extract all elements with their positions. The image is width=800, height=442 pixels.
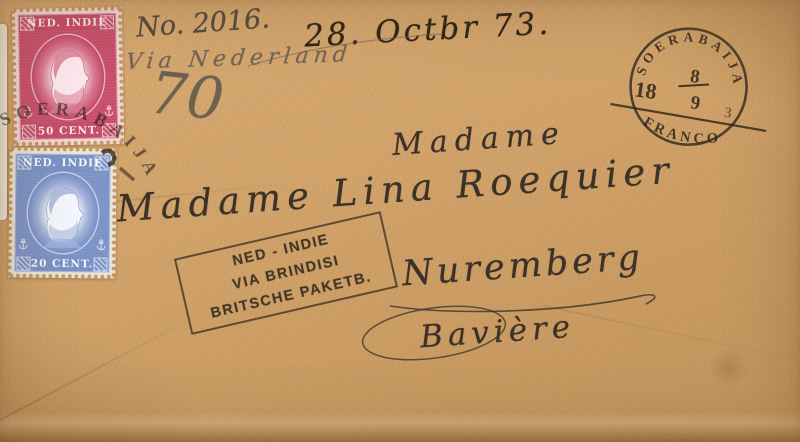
envelope-front: No. 2016. 28. Octbr 73. Via Nederland 70…	[0, 0, 800, 442]
vignette	[0, 0, 800, 442]
